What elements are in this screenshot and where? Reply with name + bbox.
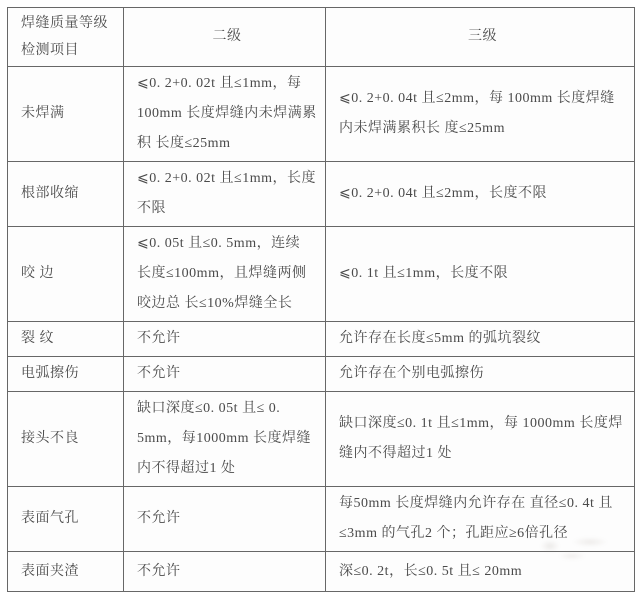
- corner-header-cell: 焊缝质量等级 检测项目: [8, 8, 124, 67]
- weld-quality-table-container: 焊缝质量等级 检测项目 二级 三级 未焊满 ⩽0. 2+0. 02t 且≤1mm…: [7, 7, 634, 592]
- grade3-cell: 深≤0. 2t，长≤0. 5t 且≤ 20mm: [326, 552, 635, 592]
- column-header-grade3: 三级: [326, 8, 635, 67]
- weld-quality-grade-table: 焊缝质量等级 检测项目 二级 三级 未焊满 ⩽0. 2+0. 02t 且≤1mm…: [7, 7, 635, 592]
- grade2-cell: ⩽0. 2+0. 02t 且≤1mm，长度不限: [124, 162, 326, 227]
- row-label: 未焊满: [8, 67, 124, 162]
- grade2-cell: 不允许: [124, 322, 326, 357]
- row-label: 表面气孔: [8, 487, 124, 552]
- grade2-cell: 不允许: [124, 357, 326, 392]
- header-row: 焊缝质量等级 检测项目 二级 三级: [8, 8, 635, 67]
- grade3-cell: 允许存在长度≤5mm 的弧坑裂纹: [326, 322, 635, 357]
- row-label: 咬 边: [8, 227, 124, 322]
- grade2-cell: ⩽0. 05t 且≤0. 5mm，连续 长度≤100mm，且焊缝两侧咬边总 长≤…: [124, 227, 326, 322]
- grade2-cell: 不允许: [124, 487, 326, 552]
- column-header-grade2: 二级: [124, 8, 326, 67]
- table-row-incomplete-fill: 未焊满 ⩽0. 2+0. 02t 且≤1mm，每 100mm 长度焊缝内未焊满累…: [8, 67, 635, 162]
- row-label: 根部收缩: [8, 162, 124, 227]
- grade3-cell: ⩽0. 2+0. 04t 且≤2mm，每 100mm 长度焊缝内未焊满累积长 度…: [326, 67, 635, 162]
- table-row-crack: 裂 纹 不允许 允许存在长度≤5mm 的弧坑裂纹: [8, 322, 635, 357]
- row-label: 裂 纹: [8, 322, 124, 357]
- table-row-surface-porosity: 表面气孔 不允许 每50mm 长度焊缝内允许存在 直径≤0. 4t 且≤3mm …: [8, 487, 635, 552]
- table-row-surface-slag: 表面夹渣 不允许 深≤0. 2t，长≤0. 5t 且≤ 20mm: [8, 552, 635, 592]
- table-row-arc-strike: 电弧擦伤 不允许 允许存在个别电弧擦伤: [8, 357, 635, 392]
- grade2-cell: 不允许: [124, 552, 326, 592]
- grade3-cell: 每50mm 长度焊缝内允许存在 直径≤0. 4t 且≤3mm 的气孔2 个；孔距…: [326, 487, 635, 552]
- grade3-cell: 缺口深度≤0. 1t 且≤1mm，每 1000mm 长度焊缝内不得超过1 处: [326, 392, 635, 487]
- grade2-cell: 缺口深度≤0. 05t 且≤ 0. 5mm，每1000mm 长度焊缝内不得超过1…: [124, 392, 326, 487]
- grade3-cell: 允许存在个别电弧擦伤: [326, 357, 635, 392]
- corner-header-line1: 焊缝质量等级: [21, 10, 115, 37]
- row-label: 电弧擦伤: [8, 357, 124, 392]
- corner-header-line2: 检测项目: [21, 37, 115, 64]
- table-row-undercut: 咬 边 ⩽0. 05t 且≤0. 5mm，连续 长度≤100mm，且焊缝两侧咬边…: [8, 227, 635, 322]
- row-label: 接头不良: [8, 392, 124, 487]
- grade3-cell: ⩽0. 2+0. 04t 且≤2mm，长度不限: [326, 162, 635, 227]
- table-row-root-shrinkage: 根部收缩 ⩽0. 2+0. 02t 且≤1mm，长度不限 ⩽0. 2+0. 04…: [8, 162, 635, 227]
- grade2-cell: ⩽0. 2+0. 02t 且≤1mm，每 100mm 长度焊缝内未焊满累积 长度…: [124, 67, 326, 162]
- row-label: 表面夹渣: [8, 552, 124, 592]
- table-row-poor-joint: 接头不良 缺口深度≤0. 05t 且≤ 0. 5mm，每1000mm 长度焊缝内…: [8, 392, 635, 487]
- grade3-cell: ⩽0. 1t 且≤1mm，长度不限: [326, 227, 635, 322]
